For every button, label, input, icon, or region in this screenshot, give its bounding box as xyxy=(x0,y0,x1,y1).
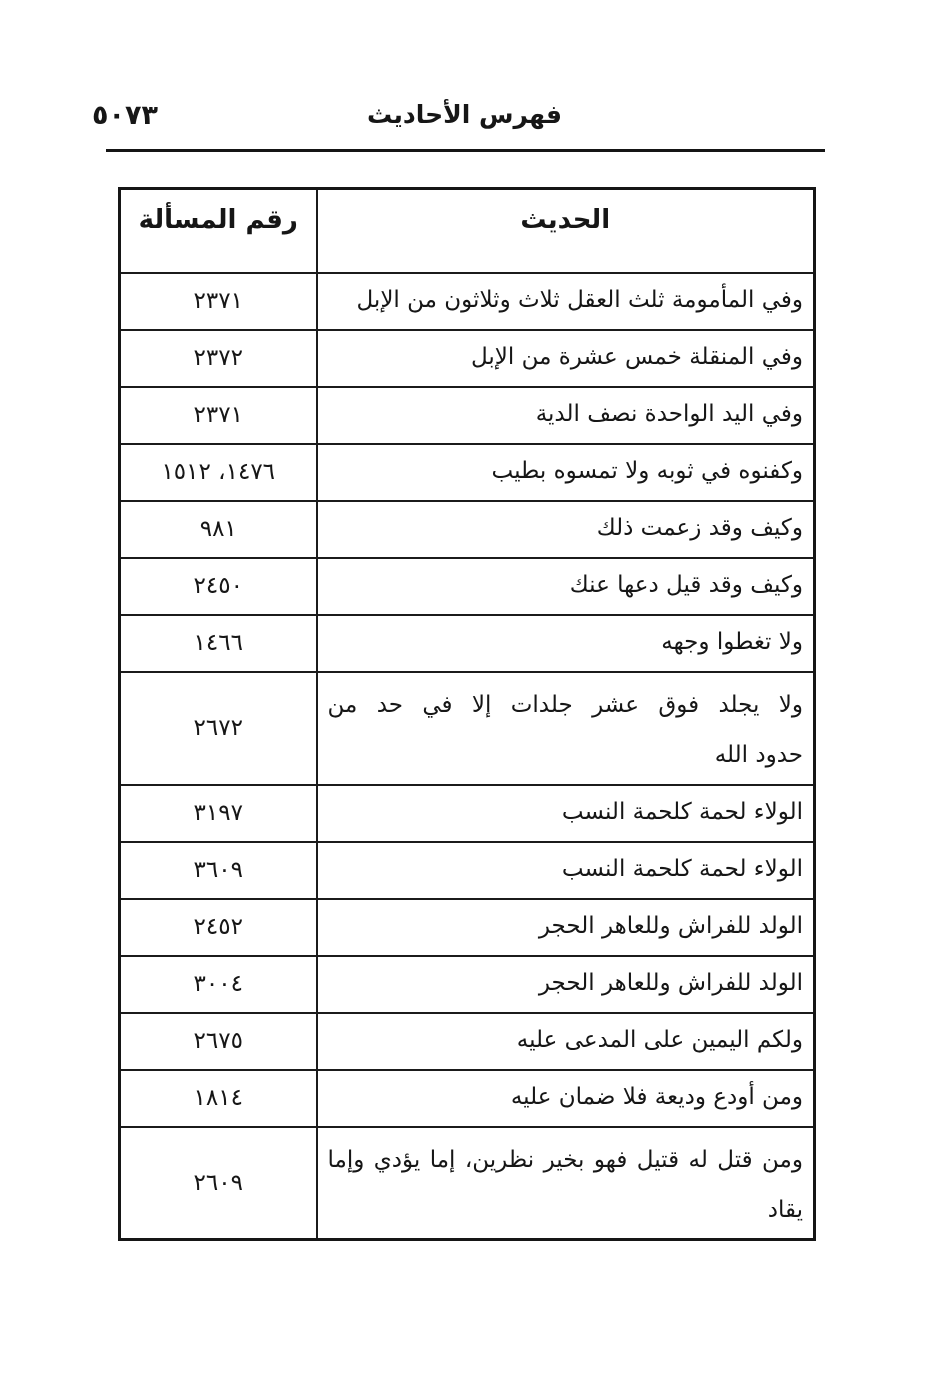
hadith-cell: وكيف وقد زعمت ذلك xyxy=(317,501,815,558)
hadith-cell: وكيف وقد قيل دعها عنك xyxy=(317,558,815,615)
hadith-cell: الولاء لحمة كلحمة النسب xyxy=(317,842,815,899)
hadith-line: ومن قتل له قتيل فهو بخير نظرين، إما يؤدي… xyxy=(328,1135,804,1185)
hadith-column-header: الحديث xyxy=(317,189,815,273)
hadith-line: وفي اليد الواحدة نصف الدية xyxy=(328,398,804,431)
issue-number-cell: ٣١٩٧ xyxy=(120,785,317,842)
issue-number-cell: ٩٨١ xyxy=(120,501,317,558)
table-row: وفي اليد الواحدة نصف الدية٢٣٧١ xyxy=(120,387,815,444)
issue-number-cell: ٢٤٥٠ xyxy=(120,558,317,615)
hadith-line: حدود الله xyxy=(328,730,804,780)
table-row: وفي المنقلة خمس عشرة من الإبل٢٣٧٢ xyxy=(120,330,815,387)
issue-number-cell: ٢٣٧٢ xyxy=(120,330,317,387)
hadith-line: وفي المنقلة خمس عشرة من الإبل xyxy=(328,341,804,374)
hadith-line: ولكم اليمين على المدعى عليه xyxy=(328,1024,804,1057)
table-row: الولد للفراش وللعاهر الحجر٢٤٥٢ xyxy=(120,899,815,956)
hadith-line: الولد للفراش وللعاهر الحجر xyxy=(328,910,804,943)
issue-number-cell: ٢٤٥٢ xyxy=(120,899,317,956)
header-rule xyxy=(106,149,825,152)
hadith-cell: وفي المنقلة خمس عشرة من الإبل xyxy=(317,330,815,387)
hadith-index-table: الحديث رقم المسألة وفي المأمومة ثلث العق… xyxy=(118,187,816,1241)
hadith-line: وكيف وقد قيل دعها عنك xyxy=(328,569,804,602)
table-header-row: الحديث رقم المسألة xyxy=(120,189,815,273)
hadith-line: وكفنوه في ثوبه ولا تمسوه بطيب xyxy=(328,455,804,488)
issue-number-cell: ٢٦٧٢ xyxy=(120,672,317,785)
issue-number-cell: ١٨١٤ xyxy=(120,1070,317,1127)
hadith-cell: وكفنوه في ثوبه ولا تمسوه بطيب xyxy=(317,444,815,501)
hadith-cell: الولد للفراش وللعاهر الحجر xyxy=(317,956,815,1013)
table-row: ومن قتل له قتيل فهو بخير نظرين، إما يؤدي… xyxy=(120,1127,815,1240)
hadith-cell: ومن أودع وديعة فلا ضمان عليه xyxy=(317,1070,815,1127)
hadith-line: وفي المأمومة ثلث العقل ثلاث وثلاثون من ا… xyxy=(328,284,804,317)
issue-number-cell: ٢٦٠٩ xyxy=(120,1127,317,1240)
issue-number-column-header: رقم المسألة xyxy=(120,189,317,273)
table-row: ولكم اليمين على المدعى عليه٢٦٧٥ xyxy=(120,1013,815,1070)
issue-number-cell: ٢٦٧٥ xyxy=(120,1013,317,1070)
page: ٥٠٧٣ فهرس الأحاديث الحديث رقم المسألة وف… xyxy=(0,0,929,1380)
hadith-line: ولا يجلد فوق عشر جلدات إلا في حد من xyxy=(328,680,804,730)
hadith-cell: ولا يجلد فوق عشر جلدات إلا في حد منحدود … xyxy=(317,672,815,785)
table-body: وفي المأمومة ثلث العقل ثلاث وثلاثون من ا… xyxy=(120,273,815,1240)
hadith-line: الولاء لحمة كلحمة النسب xyxy=(328,796,804,829)
hadith-cell: الولاء لحمة كلحمة النسب xyxy=(317,785,815,842)
table-row: الولاء لحمة كلحمة النسب٣٦٠٩ xyxy=(120,842,815,899)
hadith-cell: وفي المأمومة ثلث العقل ثلاث وثلاثون من ا… xyxy=(317,273,815,330)
table-row: الولاء لحمة كلحمة النسب٣١٩٧ xyxy=(120,785,815,842)
hadith-line: يقاد xyxy=(328,1185,804,1235)
table-row: وكفنوه في ثوبه ولا تمسوه بطيب١٤٧٦، ١٥١٢ xyxy=(120,444,815,501)
issue-number-cell: ٣٠٠٤ xyxy=(120,956,317,1013)
hadith-cell: ولا تغطوا وجهه xyxy=(317,615,815,672)
issue-number-cell: ٢٣٧١ xyxy=(120,273,317,330)
table-row: الولد للفراش وللعاهر الحجر٣٠٠٤ xyxy=(120,956,815,1013)
hadith-cell: ولكم اليمين على المدعى عليه xyxy=(317,1013,815,1070)
table-row: ولا تغطوا وجهه١٤٦٦ xyxy=(120,615,815,672)
hadith-cell: ومن قتل له قتيل فهو بخير نظرين، إما يؤدي… xyxy=(317,1127,815,1240)
table-row: وفي المأمومة ثلث العقل ثلاث وثلاثون من ا… xyxy=(120,273,815,330)
hadith-cell: وفي اليد الواحدة نصف الدية xyxy=(317,387,815,444)
page-title: فهرس الأحاديث xyxy=(0,100,929,129)
issue-number-cell: ١٤٧٦، ١٥١٢ xyxy=(120,444,317,501)
hadith-line: الولاء لحمة كلحمة النسب xyxy=(328,853,804,886)
table-row: وكيف وقد قيل دعها عنك٢٤٥٠ xyxy=(120,558,815,615)
hadith-line: الولد للفراش وللعاهر الحجر xyxy=(328,967,804,1000)
hadith-line: ومن أودع وديعة فلا ضمان عليه xyxy=(328,1081,804,1114)
issue-number-cell: ٣٦٠٩ xyxy=(120,842,317,899)
hadith-line: ولا تغطوا وجهه xyxy=(328,626,804,659)
issue-number-cell: ٢٣٧١ xyxy=(120,387,317,444)
table-row: ومن أودع وديعة فلا ضمان عليه١٨١٤ xyxy=(120,1070,815,1127)
table-row: ولا يجلد فوق عشر جلدات إلا في حد منحدود … xyxy=(120,672,815,785)
issue-number-cell: ١٤٦٦ xyxy=(120,615,317,672)
hadith-cell: الولد للفراش وللعاهر الحجر xyxy=(317,899,815,956)
table-row: وكيف وقد زعمت ذلك٩٨١ xyxy=(120,501,815,558)
hadith-line: وكيف وقد زعمت ذلك xyxy=(328,512,804,545)
